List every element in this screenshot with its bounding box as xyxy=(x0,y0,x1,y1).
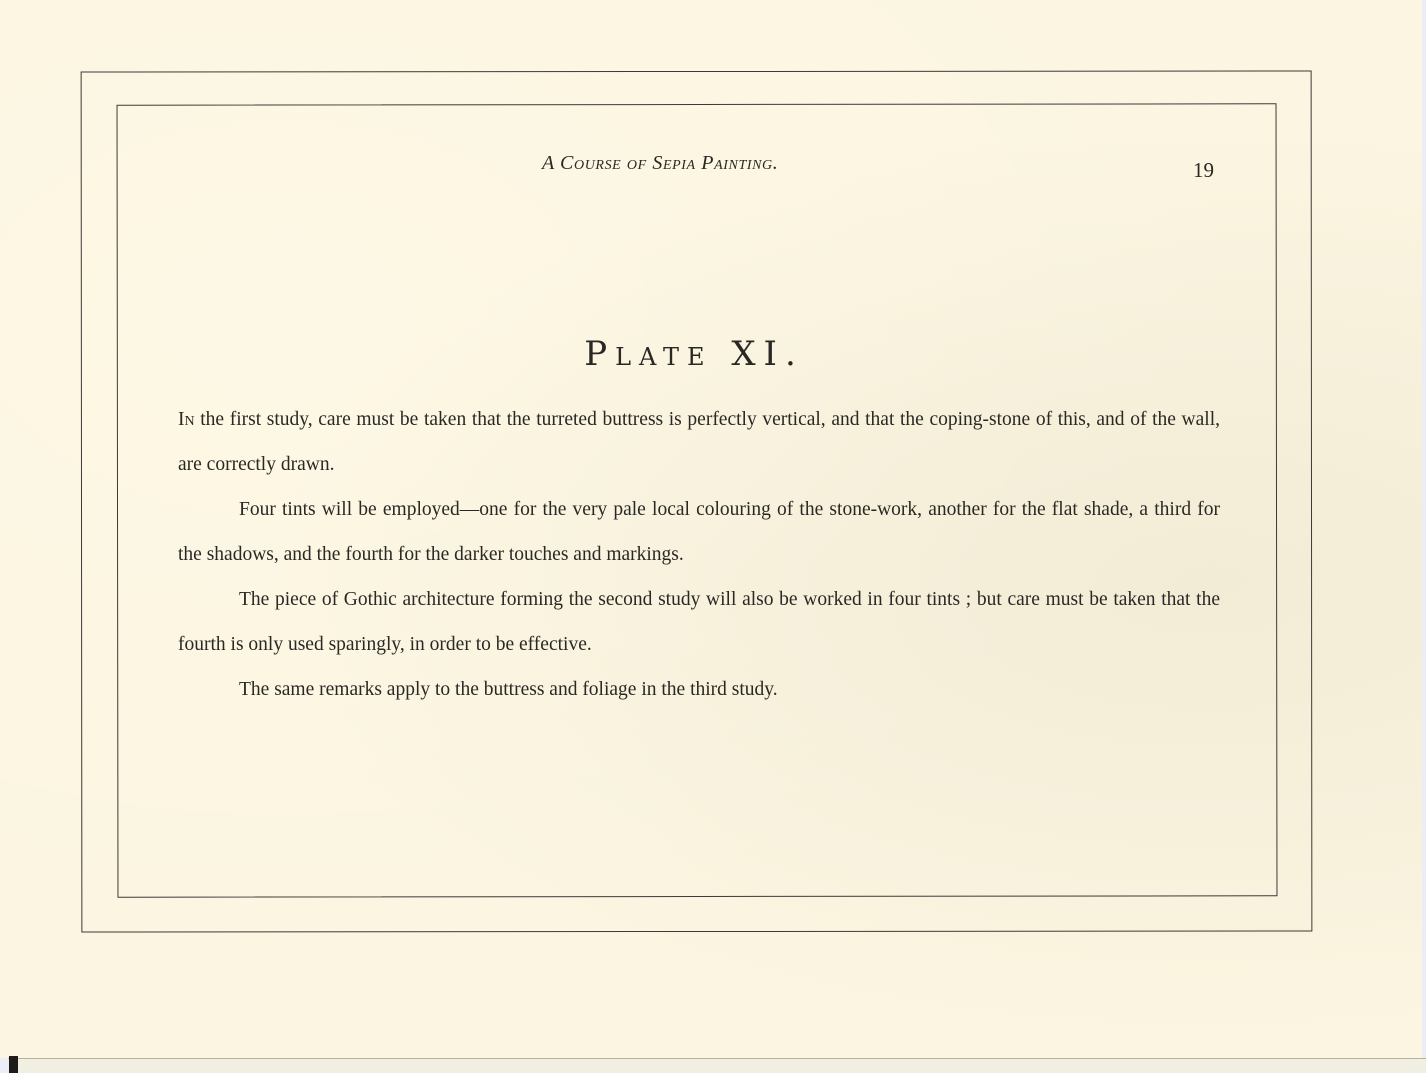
page-lower-edge xyxy=(8,1058,1426,1073)
plate-title: Plate XI. xyxy=(0,334,1400,374)
paragraph-2: Four tints will be employed—one for the … xyxy=(178,487,1220,577)
paragraph-4: The same remarks apply to the buttress a… xyxy=(178,667,1220,712)
body-text: In the first study, care must be taken t… xyxy=(178,397,1220,712)
paragraph-1-text: the first study, care must be taken that… xyxy=(178,409,1220,475)
paragraph-1-lead: In xyxy=(178,409,195,430)
book-page: A Course of Sepia Painting. 19 Plate XI.… xyxy=(0,0,1422,1058)
paragraph-3: The piece of Gothic architecture forming… xyxy=(178,577,1220,667)
running-head: A Course of Sepia Painting. xyxy=(542,152,778,175)
spine-mark xyxy=(9,1056,18,1073)
plate-title-text: Plate XI. xyxy=(584,334,804,374)
paragraph-1: In the first study, care must be taken t… xyxy=(178,397,1220,487)
page-number: 19 xyxy=(1193,158,1214,183)
